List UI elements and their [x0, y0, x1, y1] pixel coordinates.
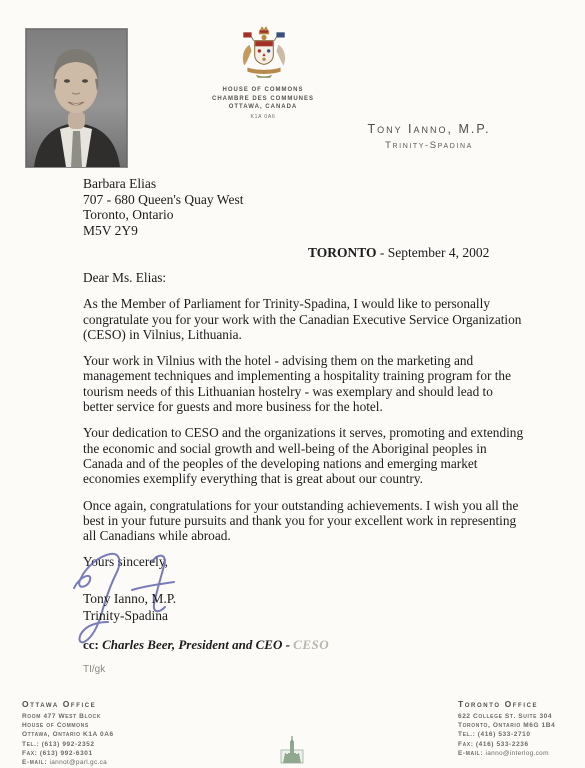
office-email-line: E-mail: iannot@parl.gc.ca — [22, 758, 192, 767]
letterhead-address: HOUSE OF COMMONS CHAMBRE DES COMMUNES OT… — [188, 86, 338, 121]
office-line: Ottawa, Ontario K1A 0A6 — [22, 730, 192, 739]
office-line: Tel.: (416) 533-2710 — [458, 730, 583, 739]
mp-name: Tony Ianno, M.P. — [358, 122, 500, 136]
recipient-line: 707 - 680 Queen's Quay West — [83, 192, 243, 208]
office-email-label: E-mail: — [22, 759, 50, 766]
office-line: Toronto, Ontario M6G 1B4 — [458, 721, 583, 730]
mp-riding: Trinity-Spadina — [358, 140, 500, 151]
office-line: Fax: (416) 533-2236 — [458, 740, 583, 749]
body-paragraph: Your dedication to CESO and the organiza… — [83, 425, 526, 486]
office-line: Tel.: (613) 992-2352 — [22, 740, 192, 749]
typist-initials: TI/gk — [83, 664, 105, 675]
letterhead-line: OTTAWA, CANADA — [188, 103, 338, 112]
office-title: Ottawa Office — [22, 699, 192, 709]
body-paragraph: Once again, congratulations for your out… — [83, 498, 526, 544]
body-paragraph: As the Member of Parliament for Trinity-… — [83, 296, 526, 342]
portrait-photo — [25, 28, 128, 168]
letterhead-line: CHAMBRE DES COMMUNES — [188, 95, 338, 104]
office-line: Room 477 West Block — [22, 712, 192, 721]
office-title: Toronto Office — [458, 699, 583, 709]
letterhead-line: HOUSE OF COMMONS — [188, 86, 338, 95]
office-email: iannot@parl.gc.ca — [50, 759, 108, 766]
salutation: Dear Ms. Elias: — [83, 270, 526, 285]
signature-name-block: Tony Ianno, M.P. Trinity-Spadina — [83, 591, 176, 624]
office-line: 622 College St. Suite 304 — [458, 712, 583, 721]
office-email-label: E-mail: — [458, 750, 486, 757]
recipient-address: Barbara Elias 707 - 680 Queen's Quay Wes… — [83, 176, 243, 238]
portrait-photo-drawing — [26, 29, 127, 167]
ottawa-office-block: Ottawa Office Room 477 West Block House … — [22, 699, 192, 767]
mp-name-block: Tony Ianno, M.P. Trinity-Spadina — [358, 122, 500, 151]
date-rest: - September 4, 2002 — [377, 245, 490, 260]
cc-line: cc: Charles Beer, President and CEO - CE… — [83, 637, 329, 653]
coat-of-arms-icon — [235, 24, 293, 80]
cc-text: Charles Beer, President and CEO - — [102, 637, 293, 652]
letter-body: Dear Ms. Elias: As the Member of Parliam… — [83, 270, 526, 581]
recipient-line: M5V 2Y9 — [83, 223, 243, 239]
body-paragraph: Your work in Vilnius with the hotel - ad… — [83, 353, 526, 414]
office-email-line: E-mail: ianno@interlog.com — [458, 749, 583, 758]
date-city: TORONTO — [308, 245, 377, 260]
signature-name: Tony Ianno, M.P. — [83, 591, 176, 608]
toronto-office-block: Toronto Office 622 College St. Suite 304… — [458, 699, 583, 758]
cc-org-faded: CESO — [293, 637, 329, 652]
signature-riding: Trinity-Spadina — [83, 608, 176, 625]
office-line: Fax: (613) 992-6301 — [22, 749, 192, 758]
letter-page: HOUSE OF COMMONS CHAMBRE DES COMMUNES OT… — [0, 0, 585, 768]
closing: Yours sincerely, — [83, 554, 526, 569]
office-line: House of Commons — [22, 721, 192, 730]
letterhead-postal-code: K1A 0A6 — [188, 113, 338, 122]
office-email: ianno@interlog.com — [486, 750, 549, 757]
recipient-line: Barbara Elias — [83, 176, 243, 192]
cc-label: cc: — [83, 637, 102, 652]
green-tower-logo-icon — [280, 736, 304, 764]
recipient-line: Toronto, Ontario — [83, 207, 243, 223]
date-line: TORONTO - September 4, 2002 — [308, 245, 489, 261]
